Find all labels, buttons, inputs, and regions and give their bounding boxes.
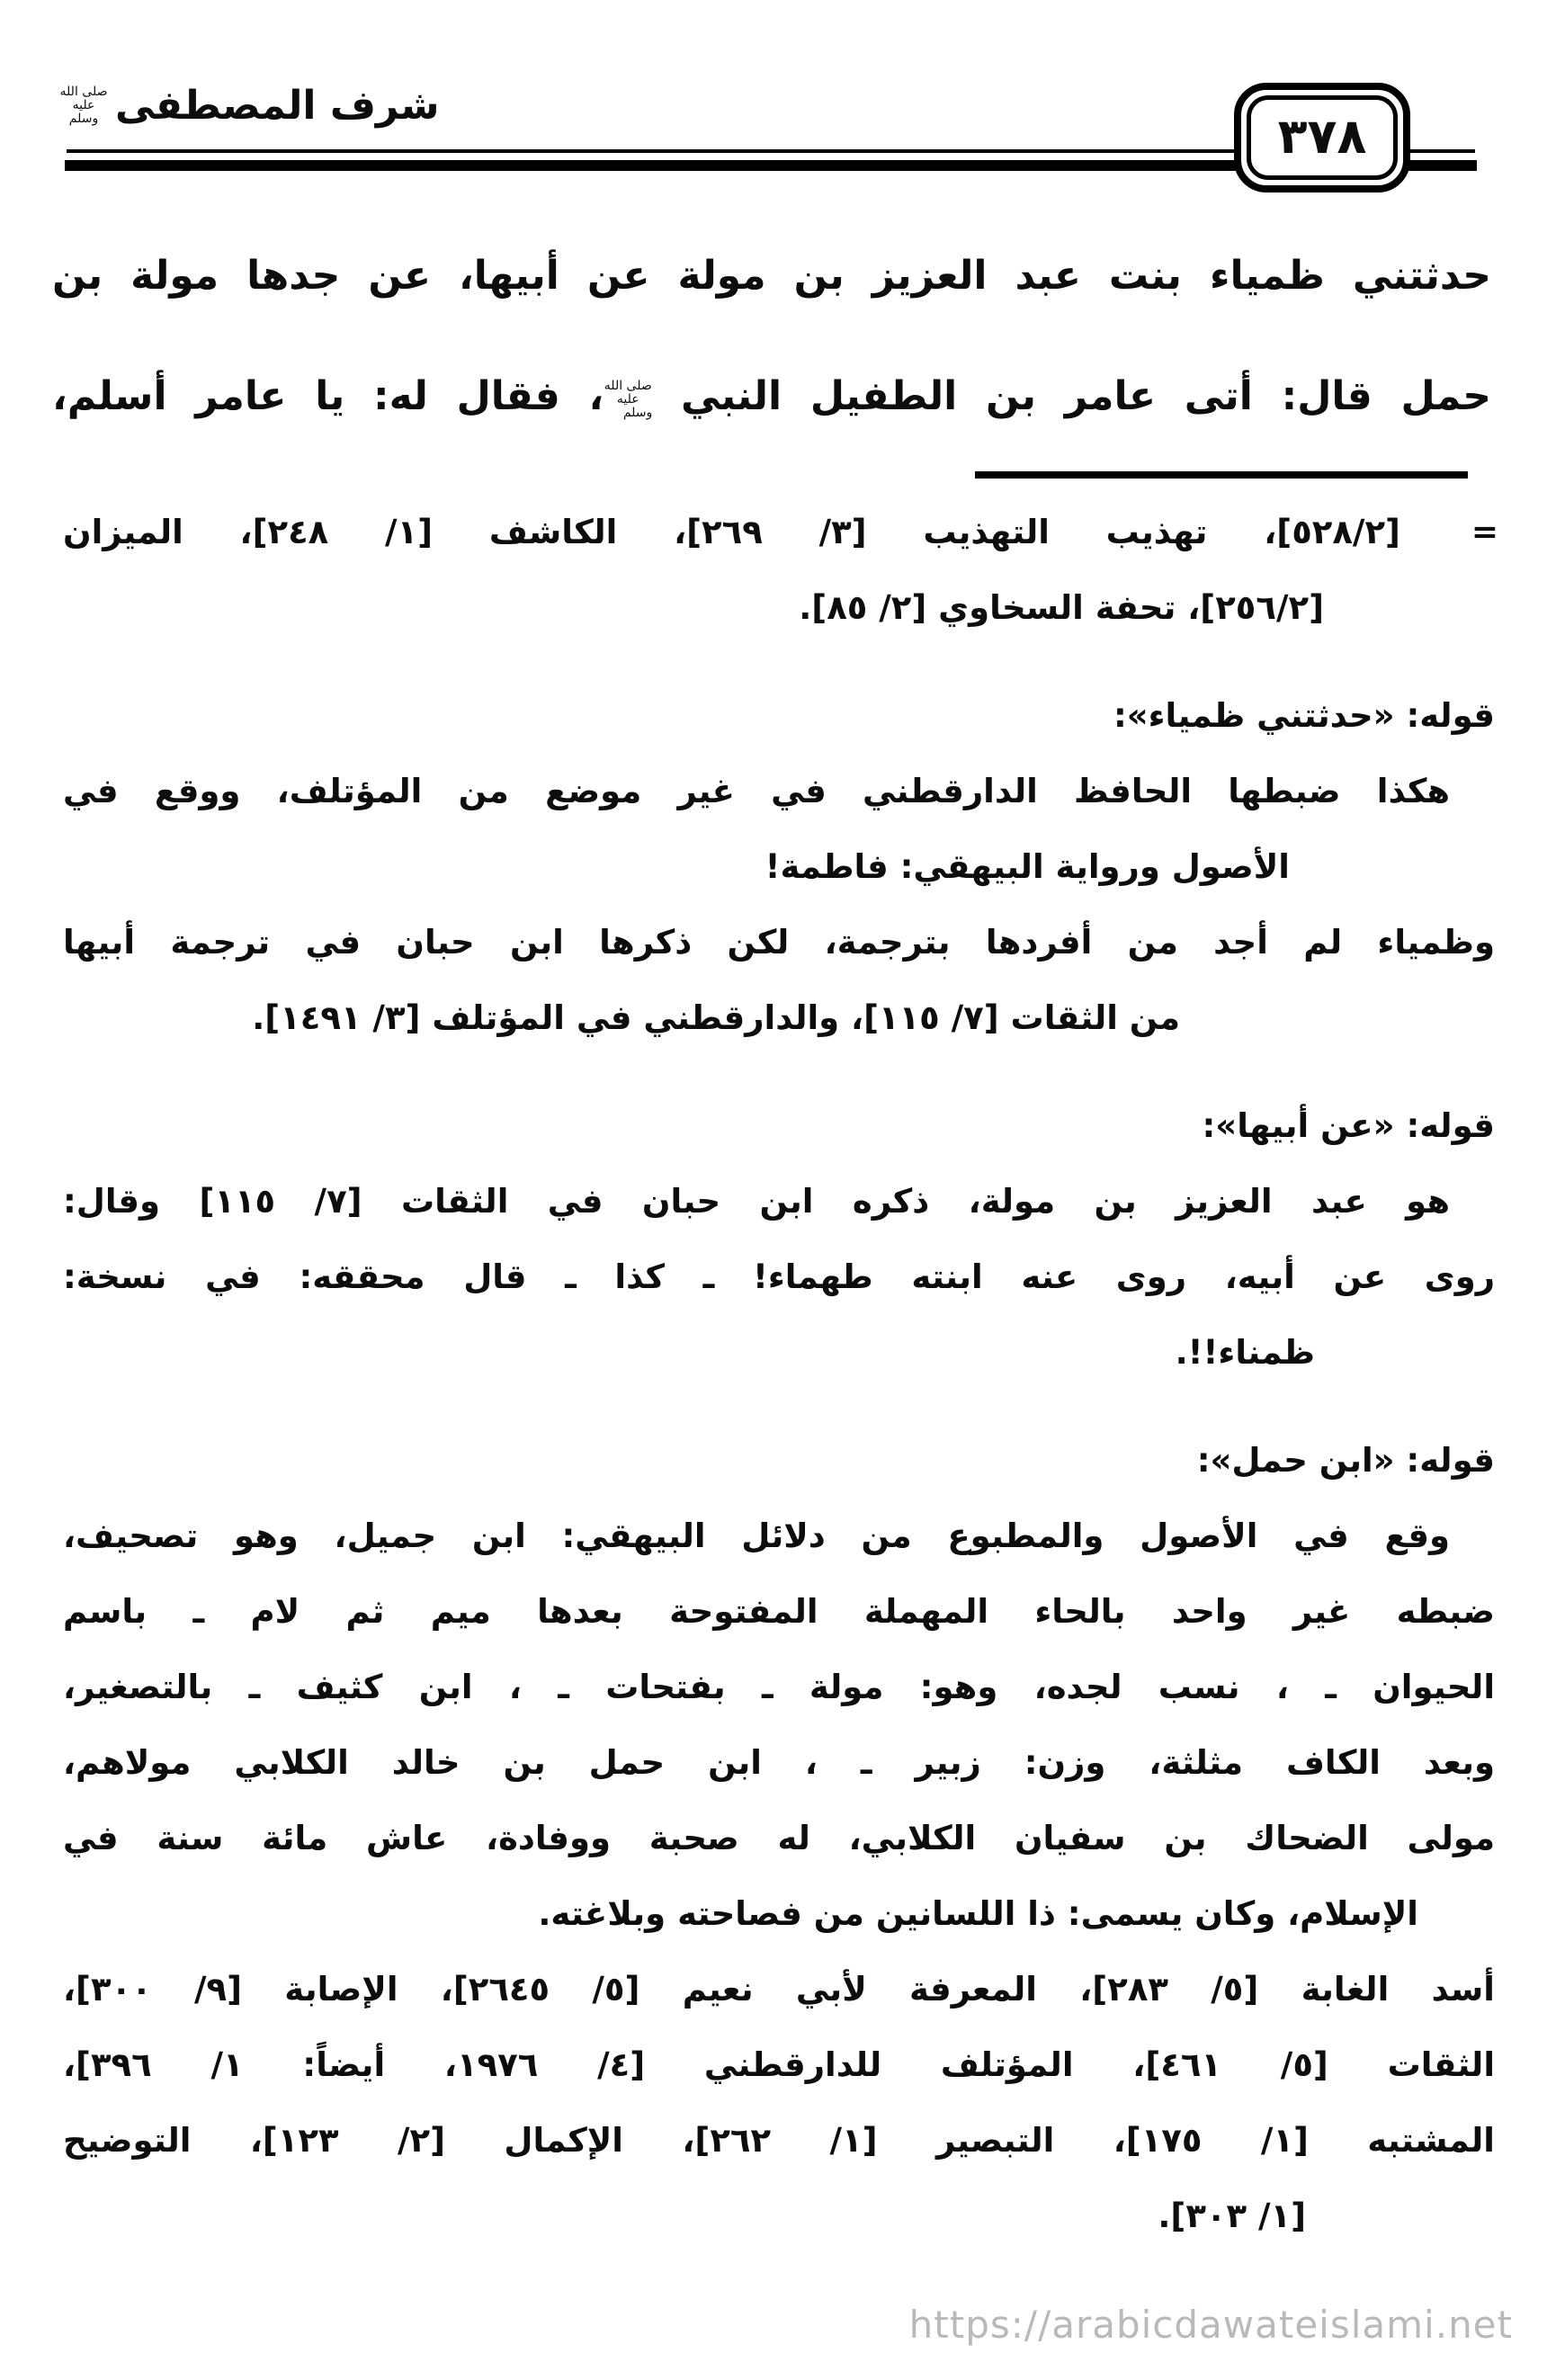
footnote-line: أسد الغابة [٥/ ٢٨٣]، المعرفة لأبي نعيم [… bbox=[63, 1952, 1495, 2027]
footnote-line: الثقات [٥/ ٤٦١]، المؤتلف للدارقطني [٤/ ١… bbox=[63, 2027, 1495, 2103]
main-text-block: حدثتني ظمياء بنت عبد العزيز بن مولة عن أ… bbox=[52, 216, 1491, 457]
footnote-line: هو عبد العزيز بن مولة، ذكره ابن حبان في … bbox=[63, 1164, 1495, 1239]
footnote-continuation-marker: = bbox=[1471, 495, 1498, 570]
footnote-line: ضبطه غير واحد بالحاء المهملة المفتوحة بع… bbox=[63, 1574, 1495, 1650]
footnote-line: قوله: «ابن حمل»: bbox=[63, 1423, 1495, 1499]
watermark-url: https://arabicdawateislami.net bbox=[909, 2303, 1513, 2347]
footnote-line: وقع في الأصول والمطبوع من دلائل البيهقي:… bbox=[63, 1499, 1495, 1574]
footnote-line: الحيوان ـ ، نسب لجده، وهو: مولة ـ بفتحات… bbox=[63, 1650, 1495, 1725]
page-number: ٣٧٨ bbox=[1278, 108, 1367, 168]
footnote-line: ظمناء!!. bbox=[63, 1315, 1495, 1391]
footnote-line: [٢٥٦/٢]، تحفة السخاوي [٢/ ٨٥]. bbox=[63, 570, 1495, 646]
page-number-inner-frame: ٣٧٨ bbox=[1247, 95, 1398, 180]
footnote-line: هكذا ضبطها الحافظ الدارقطني في غير موضع … bbox=[63, 754, 1495, 829]
footnote-line: الأصول ورواية البيهقي: فاطمة! bbox=[63, 829, 1495, 905]
footnote-line: من الثقات [٧/ ١١٥]، والدارقطني في المؤتل… bbox=[63, 980, 1495, 1056]
scanned-book-page: شرف المصطفى صلى الله عليه وسلم ٣٧٨ حدثتن… bbox=[0, 0, 1547, 2380]
footnote-separator-rule bbox=[975, 471, 1468, 479]
footnote-line: الإسلام، وكان يسمى: ذا اللسانين من فصاحت… bbox=[63, 1876, 1495, 1952]
footnote-line: قوله: «حدثتني ظمياء»: bbox=[63, 678, 1495, 754]
footnote-line: قوله: «عن أبيها»: bbox=[63, 1088, 1495, 1164]
saw-symbol-icon: صلى الله عليه وسلم bbox=[604, 380, 652, 420]
book-title: شرف المصطفى صلى الله عليه وسلم bbox=[59, 83, 440, 129]
page-number-box: ٣٧٨ bbox=[1234, 83, 1410, 192]
book-title-text: شرف المصطفى bbox=[115, 83, 440, 129]
main-text-line: حمل قال: أتى عامر بن الطفيل النبي صلى ال… bbox=[52, 336, 1491, 457]
footnote-line: مولى الضحاك بن سفيان الكلابي، له صحبة وو… bbox=[63, 1801, 1495, 1876]
footnote-line: [٥٢٨/٢]، تهذيب التهذيب [٣/ ٢٦٩]، الكاشف … bbox=[63, 495, 1495, 570]
footnote-line: المشتبه [١/ ١٧٥]، التبصير [١/ ٢٦٢]، الإك… bbox=[63, 2103, 1495, 2179]
saw-symbol-icon: صلى الله عليه وسلم bbox=[59, 85, 108, 126]
footnote-line: وبعد الكاف مثلثة، وزن: زبير ـ ، ابن حمل … bbox=[63, 1725, 1495, 1801]
footnote-line: وظمياء لم أجد من أفردها بترجمة، لكن ذكره… bbox=[63, 905, 1495, 980]
main-text-line: حدثتني ظمياء بنت عبد العزيز بن مولة عن أ… bbox=[52, 216, 1491, 336]
footnote-line: روى عن أبيه، روى عنه ابنته طهماء! ـ كذا … bbox=[63, 1239, 1495, 1315]
footnote-block: = [٥٢٨/٢]، تهذيب التهذيب [٣/ ٢٦٩]، الكاش… bbox=[63, 495, 1495, 2254]
footnote-line: [١/ ٣٠٣]. bbox=[63, 2179, 1495, 2254]
